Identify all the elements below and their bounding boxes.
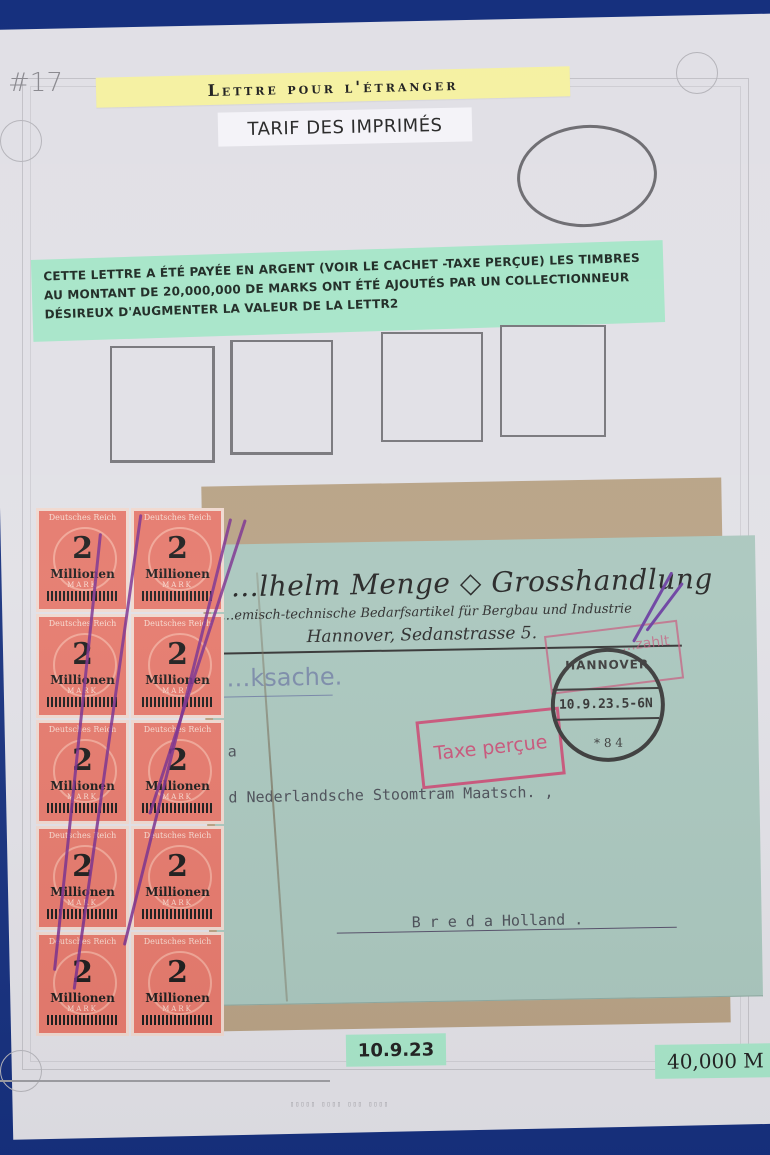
stamp-country: Deutsches Reich [39, 831, 126, 840]
date-label: 10.9.23 [346, 1033, 446, 1066]
stamp-denomination: MARK [39, 1005, 126, 1013]
hannover-postmark: HANNOVER 10.9.23.5-6N * 8 4 [550, 647, 666, 763]
stamp-surcharge-value: 2 [134, 637, 221, 672]
stamp-obliterating-bars [47, 1015, 119, 1025]
letterhead-subtitle: …emisch-technische Bedarfsartikel für Be… [221, 601, 632, 623]
stamp-surcharge-value: 2 [134, 531, 221, 566]
stamp-surcharge-text: Millionen [39, 779, 126, 793]
stamp: Deutsches Reich2MillionenMARK [36, 720, 129, 824]
postmark-city: HANNOVER [554, 657, 660, 673]
stamp-placeholder-box [381, 332, 483, 442]
corner-ornament-icon [0, 1050, 42, 1092]
stamp-surcharge-text: Millionen [39, 991, 126, 1005]
stamp: Deutsches Reich2MillionenMARK [131, 932, 224, 1036]
stamp-surcharge-value: 2 [39, 955, 126, 990]
stamp-surcharge-value: 2 [39, 531, 126, 566]
envelope-front: …lhelm Menge ◇ Grosshandlung …emisch-tec… [210, 535, 763, 1005]
postmark-date: 10.9.23.5-6N [553, 687, 660, 721]
value-label: 40,000 M [655, 1043, 770, 1079]
taxe-percue-handstamp: Taxe perçue [415, 707, 565, 790]
stamp-country: Deutsches Reich [134, 937, 221, 946]
stamp-surcharge-text: Millionen [39, 567, 126, 581]
stamp-denomination: MARK [134, 793, 221, 801]
stamp-surcharge-text: Millionen [134, 779, 221, 793]
address-prefix: a [227, 742, 236, 760]
stamp: Deutsches Reich2MillionenMARK [131, 826, 224, 930]
stamp-denomination: MARK [39, 793, 126, 801]
stamp-country: Deutsches Reich [134, 513, 221, 522]
footer-rule [0, 1080, 330, 1082]
stamp-surcharge-value: 2 [39, 637, 126, 672]
stamp-placeholder-box [110, 346, 215, 463]
corner-ornament-icon [0, 120, 42, 162]
stamp-surcharge-text: Millionen [134, 991, 221, 1005]
stamp-placeholder-box [500, 325, 606, 437]
stamp-country: Deutsches Reich [39, 619, 126, 628]
drucksache-handstamp: …ksache. [226, 663, 342, 693]
stamp-obliterating-bars [142, 591, 214, 601]
stamp-country: Deutsches Reich [134, 831, 221, 840]
stamp-surcharge-text: Millionen [134, 567, 221, 581]
note-text: Cette lettre a été payée en argent (voir… [43, 248, 652, 324]
letterhead-address: Hannover, Sedanstrasse 5. [306, 623, 537, 647]
handstamp-underline [223, 695, 333, 698]
postmark-bottom: * 8 4 [555, 735, 661, 751]
subtitle-label: TARIF DES IMPRIMÉS [218, 107, 473, 146]
cover-date: 10.9.23 [358, 1039, 435, 1061]
stamp-denomination: MARK [134, 899, 221, 907]
corner-ornament-icon [676, 52, 718, 94]
page-title: Lettre pour l'étranger [207, 74, 458, 99]
stamp-denomination: MARK [134, 581, 221, 589]
stamp-surcharge-text: Millionen [39, 885, 126, 899]
stamp: Deutsches Reich2MillionenMARK [36, 508, 129, 612]
stamp-surcharge-text: Millionen [134, 885, 221, 899]
stamp-obliterating-bars [47, 803, 119, 813]
stamp-surcharge-value: 2 [134, 743, 221, 778]
stamp-surcharge-value: 2 [134, 955, 221, 990]
stamp-obliterating-bars [47, 591, 119, 601]
footer-printer-mark: ▯▯▯▯▯ ▯▯▯▯ ▯▯▯ ▯▯▯▯ [290, 1100, 389, 1108]
stamp-denomination: MARK [39, 581, 126, 589]
stamp: Deutsches Reich2MillionenMARK [36, 932, 129, 1036]
address-line-1: d Nederlandsche Stoomtram Maatsch. , [228, 783, 553, 807]
letterhead-title: …lhelm Menge ◇ Grosshandlung [230, 562, 713, 603]
cover-value: 40,000 M [667, 1048, 764, 1073]
stamp-denomination: MARK [134, 687, 221, 695]
stamp-surcharge-text: Millionen [134, 673, 221, 687]
stamp-surcharge-value: 2 [39, 849, 126, 884]
page-subtitle: TARIF DES IMPRIMÉS [247, 114, 442, 139]
stamp-country: Deutsches Reich [39, 725, 126, 734]
stamp-surcharge-value: 2 [39, 743, 126, 778]
stamp-obliterating-bars [142, 909, 214, 919]
postal-cover: …lhelm Menge ◇ Grosshandlung …emisch-tec… [36, 482, 736, 1042]
stamp-placeholder-box [230, 340, 333, 455]
stamp-country: Deutsches Reich [39, 513, 126, 522]
stamp-obliterating-bars [142, 1015, 214, 1025]
stamp-denomination: MARK [39, 899, 126, 907]
page-number: #17 [8, 68, 63, 98]
taxe-percue-text: Taxe perçue [433, 731, 549, 765]
stamp-obliterating-bars [142, 697, 214, 707]
stamp-denomination: MARK [134, 1005, 221, 1013]
